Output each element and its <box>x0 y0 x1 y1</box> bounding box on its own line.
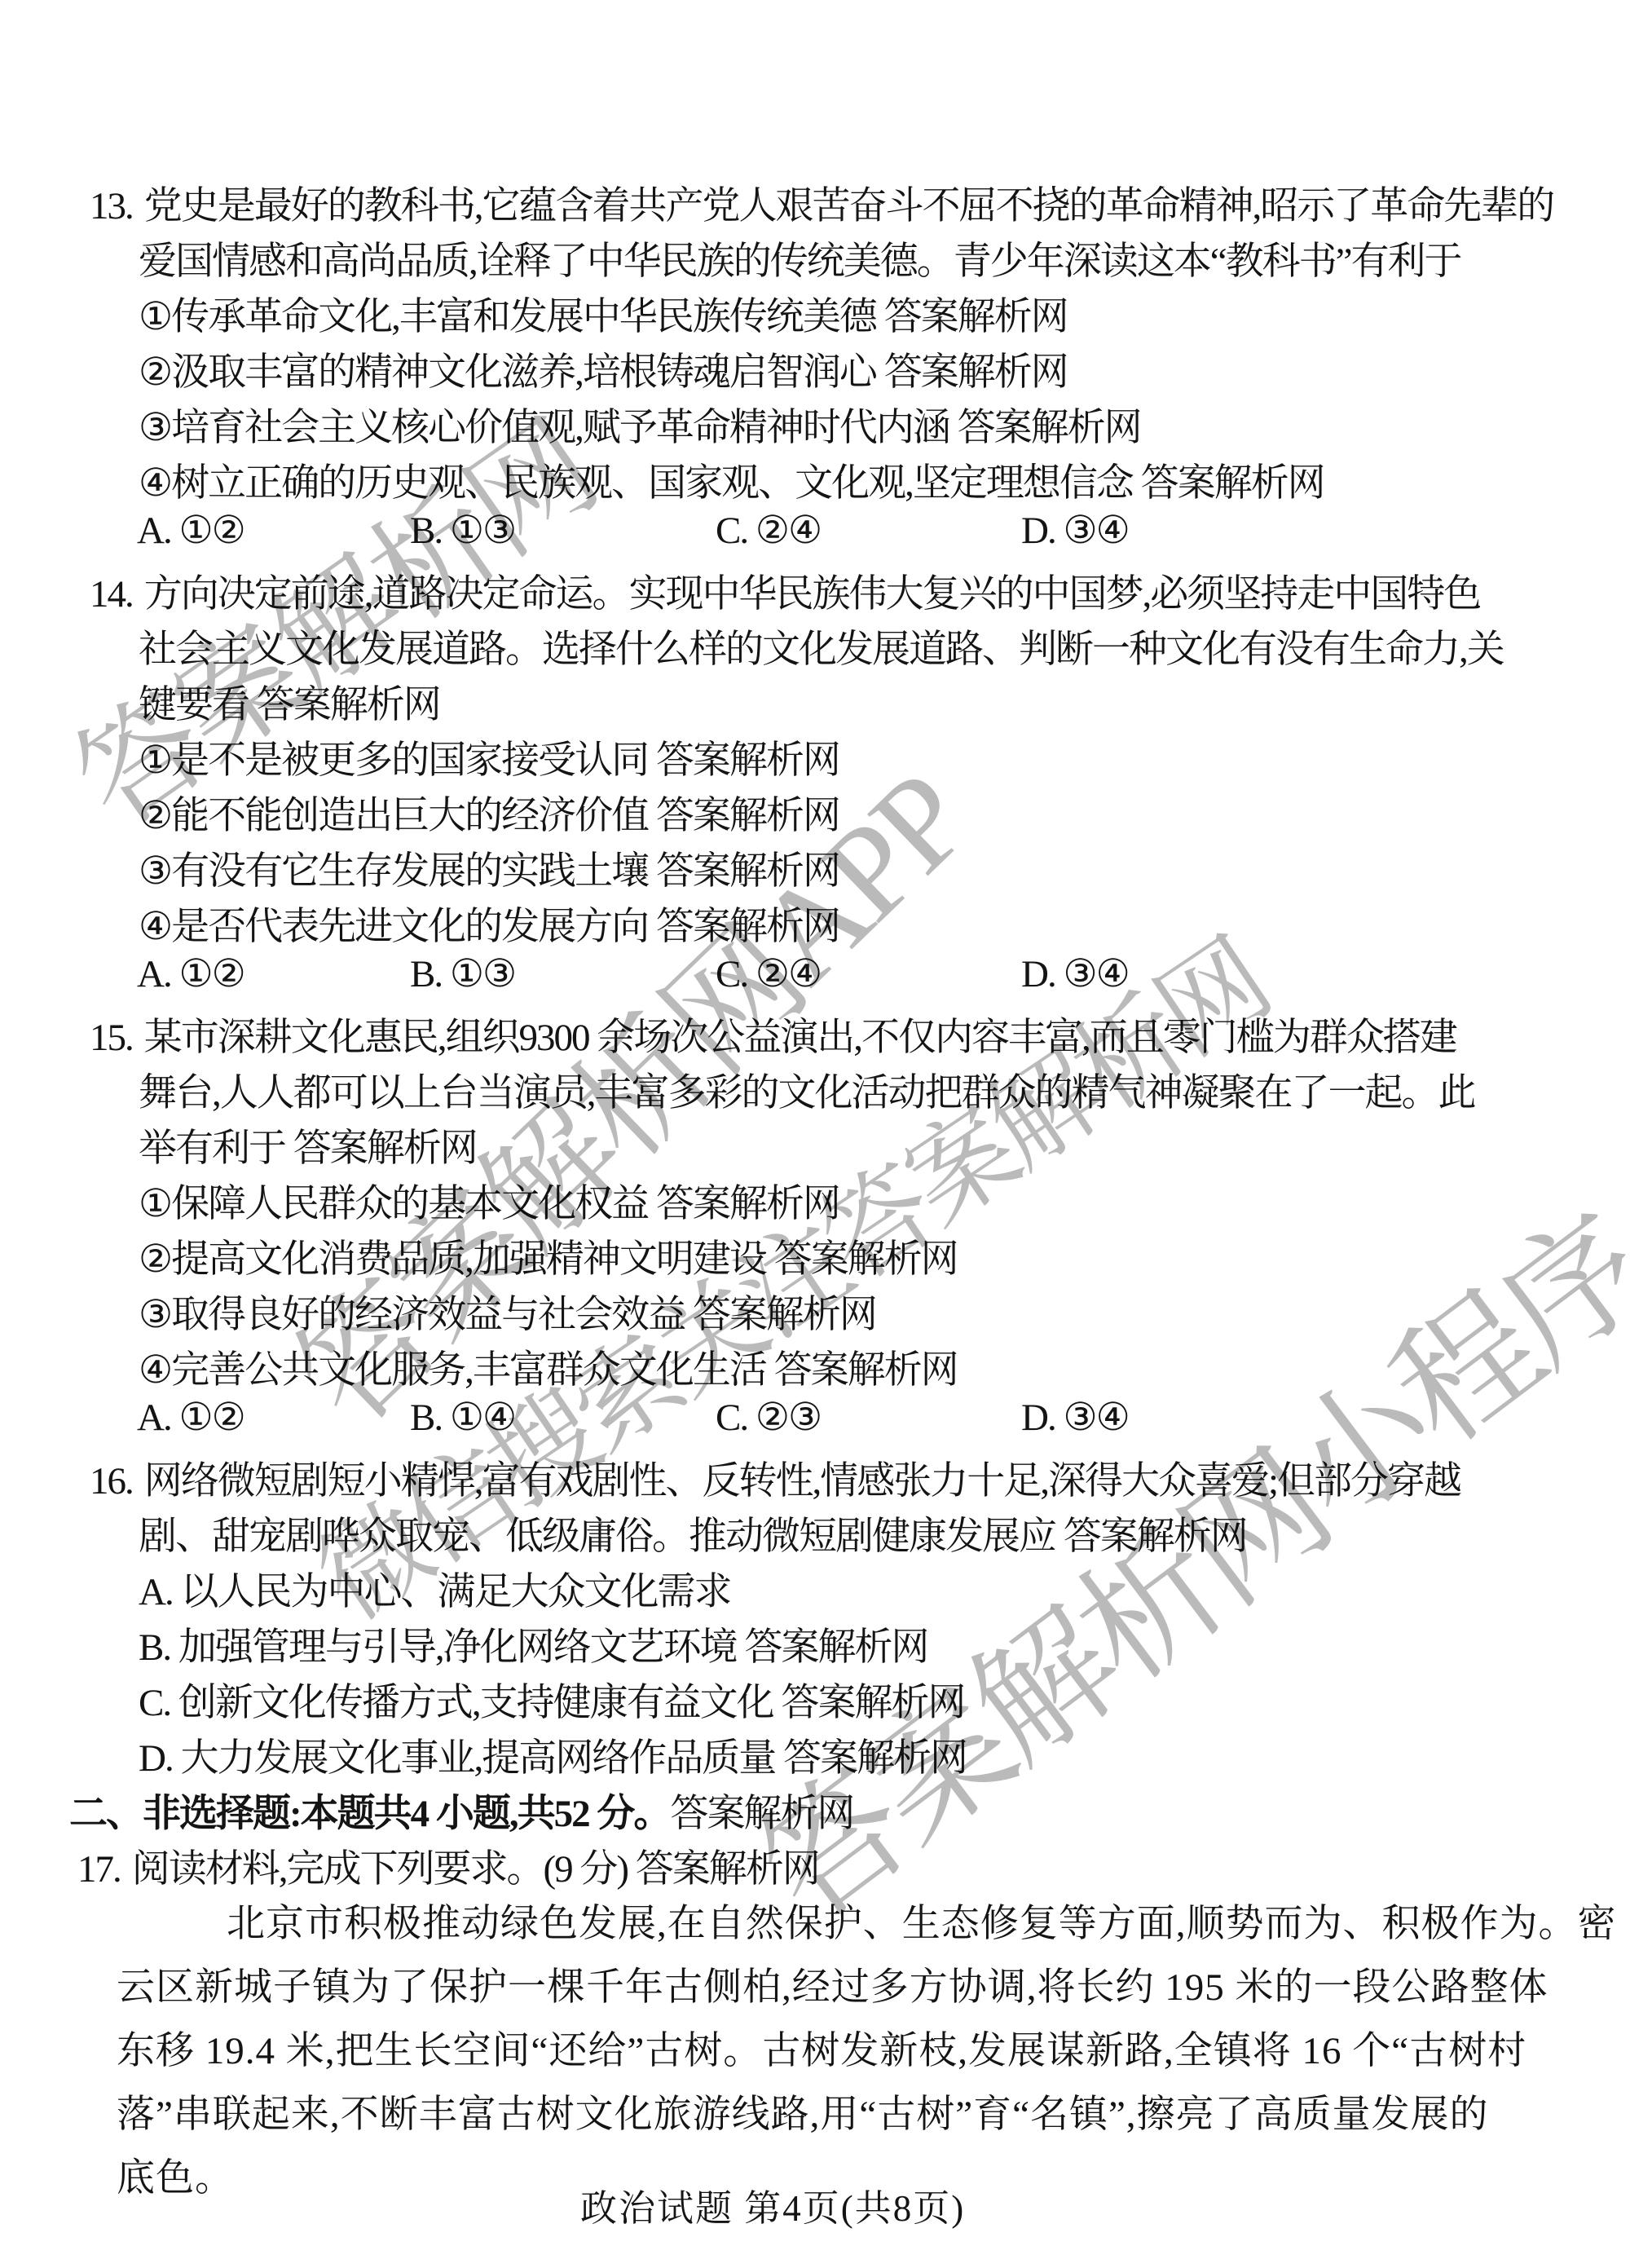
question-14-item-2: ②能不能创造出巨大的经济价值 答案解析网 <box>139 785 839 840</box>
question-15-item-2: ②提高文化消费品质,加强精神文明建设 答案解析网 <box>139 1229 958 1283</box>
question-17-line-1: 17.阅读材料,完成下列要求。(9 分) 答案解析网 <box>77 1838 819 1893</box>
question-13-option-b: B. ①③ <box>410 508 515 553</box>
question-13-line-2: 爱国情感和高尚品质,诠释了中华民族的传统美德。青少年深读这本“教科书”有利于 <box>139 231 1460 285</box>
question-13-text-1: 党史是最好的教科书,它蕴含着共产党人艰苦奋斗不屈不挠的革命精神,昭示了革命先辈的 <box>144 185 1554 227</box>
question-16-number: 16. <box>90 1459 133 1503</box>
question-16-option-b: B. 加强管理与引导,净化网络文艺环境 答案解析网 <box>139 1617 927 1671</box>
question-14-number: 14. <box>90 572 133 616</box>
question-17-paragraph-line-4: 落”串联起来,不断丰富古树文化旅游线路,用“古树”育“名镇”,擦亮了高质量发展的 <box>117 2084 1489 2138</box>
question-16-line-1: 16.网络微短剧短小精悍,富有戏剧性、反转性,情感张力十足,深得大众喜爱;但部分… <box>90 1450 1460 1505</box>
section-2-heading-tail: 答案解析网 <box>670 1793 853 1835</box>
exam-paper-page: 答案解析网 答案解析网APP 微信搜索关注答案解析网 答案解析网小程序 13.党… <box>0 0 1630 2268</box>
question-15-line-1: 15.某市深耕文化惠民,组织9300 余场次公益演出,不仅内容丰富,而且零门槛为… <box>90 1007 1456 1061</box>
question-15-text-1: 某市深耕文化惠民,组织9300 余场次公益演出,不仅内容丰富,而且零门槛为群众搭… <box>144 1017 1456 1059</box>
section-2-heading-bold: 二、非选择题:本题共4 小题,共52 分。 <box>69 1793 670 1835</box>
question-16-text-1: 网络微短剧短小精悍,富有戏剧性、反转性,情感张力十足,深得大众喜爱;但部分穿越 <box>144 1460 1460 1502</box>
question-13-option-c: C. ②④ <box>716 508 821 553</box>
section-2-heading: 二、非选择题:本题共4 小题,共52 分。答案解析网 <box>69 1783 853 1838</box>
question-17-paragraph-line-1: 北京市积极推动绿色发展,在自然保护、生态修复等方面,顺势而为、积极作为。密 <box>227 1893 1617 1948</box>
question-17-paragraph-line-3: 东移 19.4 米,把生长空间“还给”古树。古树发新枝,发展谋新路,全镇将 16… <box>117 2020 1526 2075</box>
question-14-option-d: D. ③④ <box>1021 951 1129 996</box>
question-14-item-3: ③有没有它生存发展的实践土壤 答案解析网 <box>139 841 839 895</box>
question-15-line-3: 举有利于 答案解析网 <box>139 1118 477 1172</box>
question-16-option-c: C. 创新文化传播方式,支持健康有益文化 答案解析网 <box>139 1672 964 1727</box>
question-13-number: 13. <box>90 184 133 228</box>
question-13-item-2: ②汲取丰富的精神文化滋养,培根铸魂启智润心 答案解析网 <box>139 342 1068 396</box>
question-15-option-c: C. ②③ <box>716 1395 821 1440</box>
question-14-line-3: 键要看 答案解析网 <box>139 674 440 729</box>
question-14-option-b: B. ①③ <box>410 951 515 996</box>
question-17-paragraph-line-5: 底色。 <box>117 2147 234 2202</box>
question-17-number: 17. <box>77 1847 121 1891</box>
question-16-line-2: 剧、甜宠剧哗众取宠、低级庸俗。推动微短剧健康发展应 答案解析网 <box>139 1506 1247 1560</box>
question-14-item-1: ①是不是被更多的国家接受认同 答案解析网 <box>139 730 839 784</box>
question-13-item-4: ④树立正确的历史观、民族观、国家观、文化观,坚定理想信念 答案解析网 <box>139 452 1324 507</box>
question-15-number: 15. <box>90 1016 133 1060</box>
question-15-line-2: 舞台,人人都可以上台当演员,丰富多彩的文化活动把群众的精气神凝聚在了一起。此 <box>139 1062 1475 1117</box>
question-13-line-1: 13.党史是最好的教科书,它蕴含着共产党人艰苦奋斗不屈不挠的革命精神,昭示了革命… <box>90 175 1553 230</box>
question-17-intro: 阅读材料,完成下列要求。(9 分) 答案解析网 <box>132 1848 819 1891</box>
question-15-item-3: ③取得良好的经济效益与社会效益 答案解析网 <box>139 1284 876 1339</box>
question-14-line-2: 社会主义文化发展道路。选择什么样的文化发展道路、判断一种文化有没有生命力,关 <box>139 619 1504 673</box>
question-13-option-d: D. ③④ <box>1021 508 1129 553</box>
question-15-option-b: B. ①④ <box>410 1395 515 1440</box>
question-14-option-c: C. ②④ <box>716 951 821 996</box>
question-13-item-3: ③培育社会主义核心价值观,赋予革命精神时代内涵 答案解析网 <box>139 397 1141 452</box>
question-14-item-4: ④是否代表先进文化的发展方向 答案解析网 <box>139 896 839 951</box>
question-16-option-d: D. 大力发展文化事业,提高网络作品质量 答案解析网 <box>139 1727 967 1782</box>
question-17-paragraph-line-2: 云区新城子镇为了保护一棵千年古侧柏,经过多方协调,将长约 195 米的一段公路整… <box>117 1957 1548 2011</box>
question-16-option-a: A. 以人民为中心、满足大众文化需求 <box>139 1561 730 1616</box>
page-footer: 政治试题 第4页(共8页) <box>580 2178 965 2231</box>
question-14-text-1: 方向决定前途,道路决定命运。实现中华民族伟大复兴的中国梦,必须坚持走中国特色 <box>144 573 1481 616</box>
question-15-item-4: ④完善公共文化服务,丰富群众文化生活 答案解析网 <box>139 1339 958 1394</box>
question-15-option-a: A. ①② <box>137 1395 244 1440</box>
question-15-item-1: ①保障人民群众的基本文化权益 答案解析网 <box>139 1173 839 1228</box>
question-14-line-1: 14.方向决定前途,道路决定命运。实现中华民族伟大复兴的中国梦,必须坚持走中国特… <box>90 563 1480 618</box>
question-14-option-a: A. ①② <box>137 951 244 996</box>
question-13-option-a: A. ①② <box>137 508 244 553</box>
question-13-item-1: ①传承革命文化,丰富和发展中华民族传统美德 答案解析网 <box>139 286 1068 341</box>
question-15-option-d: D. ③④ <box>1021 1395 1129 1440</box>
